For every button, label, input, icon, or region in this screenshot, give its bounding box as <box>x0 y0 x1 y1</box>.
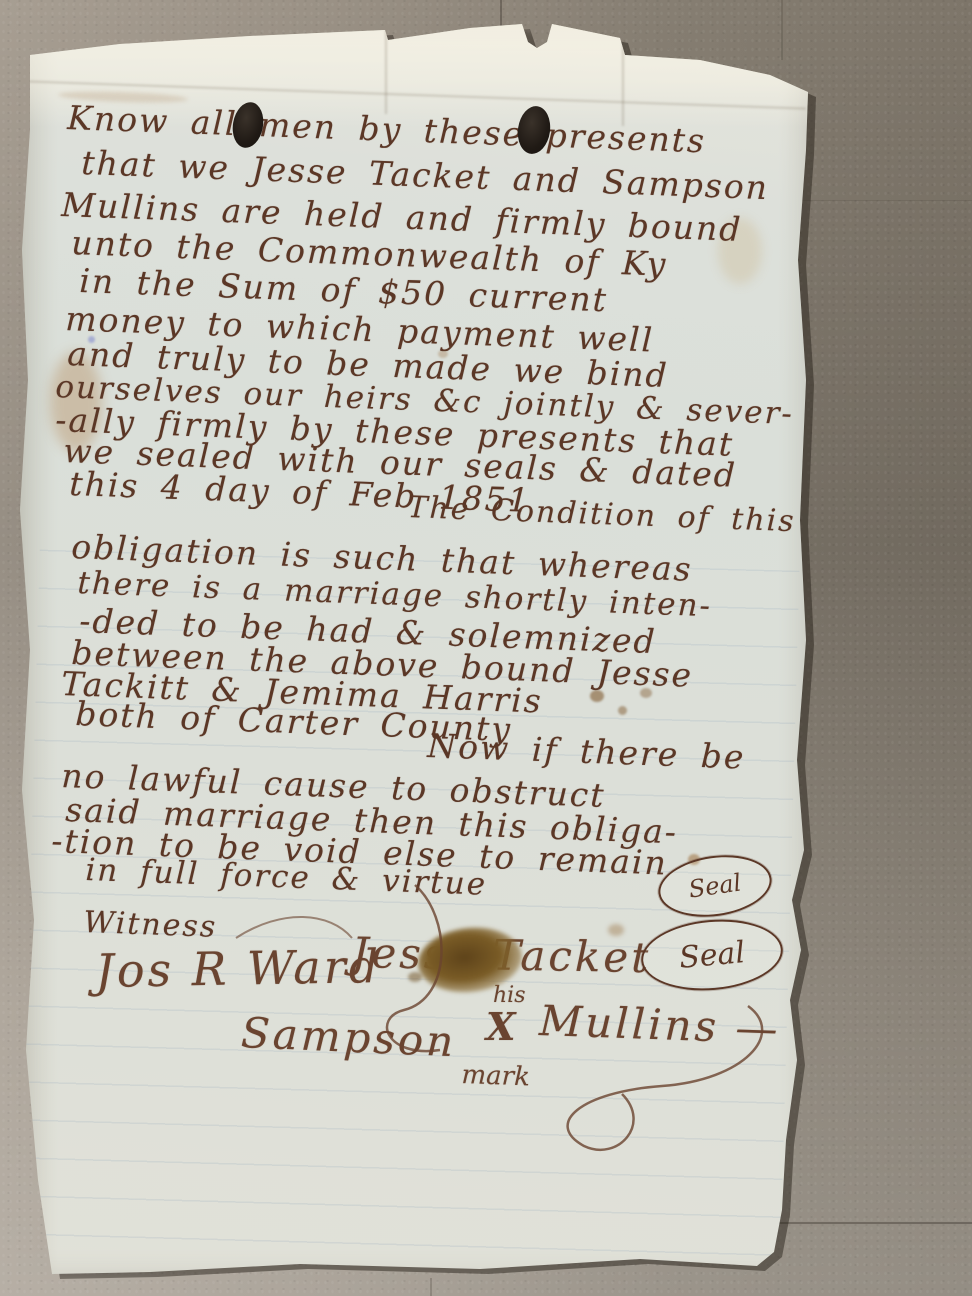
seal-label-top: Seal <box>687 868 743 903</box>
his-mark-x: X <box>486 1008 515 1046</box>
background-seam-vertical-bottom <box>430 1278 432 1296</box>
paper-tear-vertical <box>385 30 387 114</box>
photograph-of-marriage-bond: Know all men by these presents that we J… <box>0 0 972 1296</box>
background-seam-horizontal-right <box>760 1222 972 1224</box>
his-mark-label-bottom: mark <box>461 1062 530 1090</box>
paper-crease-vertical-right <box>622 36 624 126</box>
ink-blot-satellite <box>408 972 422 982</box>
stain-spot-1 <box>590 690 604 702</box>
background-seam-horizontal-right-faint <box>800 200 972 201</box>
witness-label: Witness <box>83 908 218 943</box>
seal-label-bottom: Seal <box>678 935 747 976</box>
sampson-signature-surname: Mullins — <box>539 1000 782 1050</box>
stain-spot-2 <box>618 706 627 715</box>
background-seam-vertical-top-right <box>781 0 783 60</box>
sampson-signature-first: Sampson <box>240 1012 457 1063</box>
witness-signature: Jos R Ward <box>95 943 382 994</box>
